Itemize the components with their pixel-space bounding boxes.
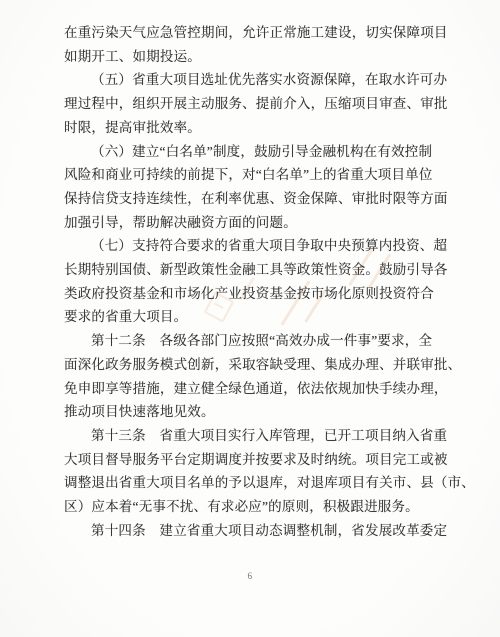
text-line: 保持信贷支持连续性，在利率优惠、资金保障、审批时限等方面 bbox=[64, 187, 449, 211]
text-line: 如期开工、如期投运。 bbox=[64, 45, 449, 69]
text-line: 区）应本着“无事不扰、有求必应”的原则，积极跟进服务。 bbox=[64, 495, 449, 519]
text-line: 类政府投资基金和市场化产业投资基金按市场化原则投资符合 bbox=[64, 282, 449, 306]
text-line: 调整退出省重大项目名单的予以退库，对退库项目有关市、县（市、 bbox=[64, 471, 449, 495]
page-number: 6 bbox=[0, 571, 500, 581]
document-body: 在重污染天气应急管控期间，允许正常施工建设，切实保障项目如期开工、如期投运。（五… bbox=[64, 21, 449, 542]
text-line: 大项目督导服务平台定期调度并按要求及时纳统。项目完工或被 bbox=[64, 448, 449, 472]
text-line: 免申即享等措施，建立健全绿色通道，依法依规加快手续办理， bbox=[64, 377, 449, 401]
text-line: 理过程中，组织开展主动服务、提前介入，压缩项目审查、审批 bbox=[64, 92, 449, 116]
text-line: 时限，提高审批效率。 bbox=[64, 116, 449, 140]
text-line: （七）支持符合要求的省重大项目争取中央预算内投资、超 bbox=[64, 234, 449, 258]
text-line: 风险和商业可持续的前提下，对“白名单”上的省重大项目单位 bbox=[64, 163, 449, 187]
document-page: 在重污染天气应急管控期间，允许正常施工建设，切实保障项目如期开工、如期投运。（五… bbox=[0, 0, 500, 637]
text-line: 第十二条 各级各部门应按照“高效办成一件事”要求，全 bbox=[64, 329, 449, 353]
text-line: 长期特别国债、新型政策性金融工具等政策性资金。鼓励引导各 bbox=[64, 258, 449, 282]
text-line: （六）建立“白名单”制度，鼓励引导金融机构在有效控制 bbox=[64, 140, 449, 164]
text-line: 第十四条 建立省重大项目动态调整机制，省发展改革委定 bbox=[64, 519, 449, 543]
text-line: （五）省重大项目选址优先落实水资源保障，在取水许可办 bbox=[64, 68, 449, 92]
text-line: 在重污染天气应急管控期间，允许正常施工建设，切实保障项目 bbox=[64, 21, 449, 45]
text-line: 第十三条 省重大项目实行入库管理，已开工项目纳入省重 bbox=[64, 424, 449, 448]
text-line: 加强引导，帮助解决融资方面的问题。 bbox=[64, 211, 449, 235]
text-line: 推动项目快速落地见效。 bbox=[64, 400, 449, 424]
text-line: 要求的省重大项目。 bbox=[64, 305, 449, 329]
text-line: 面深化政务服务模式创新，采取容缺受理、集成办理、并联审批、 bbox=[64, 353, 449, 377]
